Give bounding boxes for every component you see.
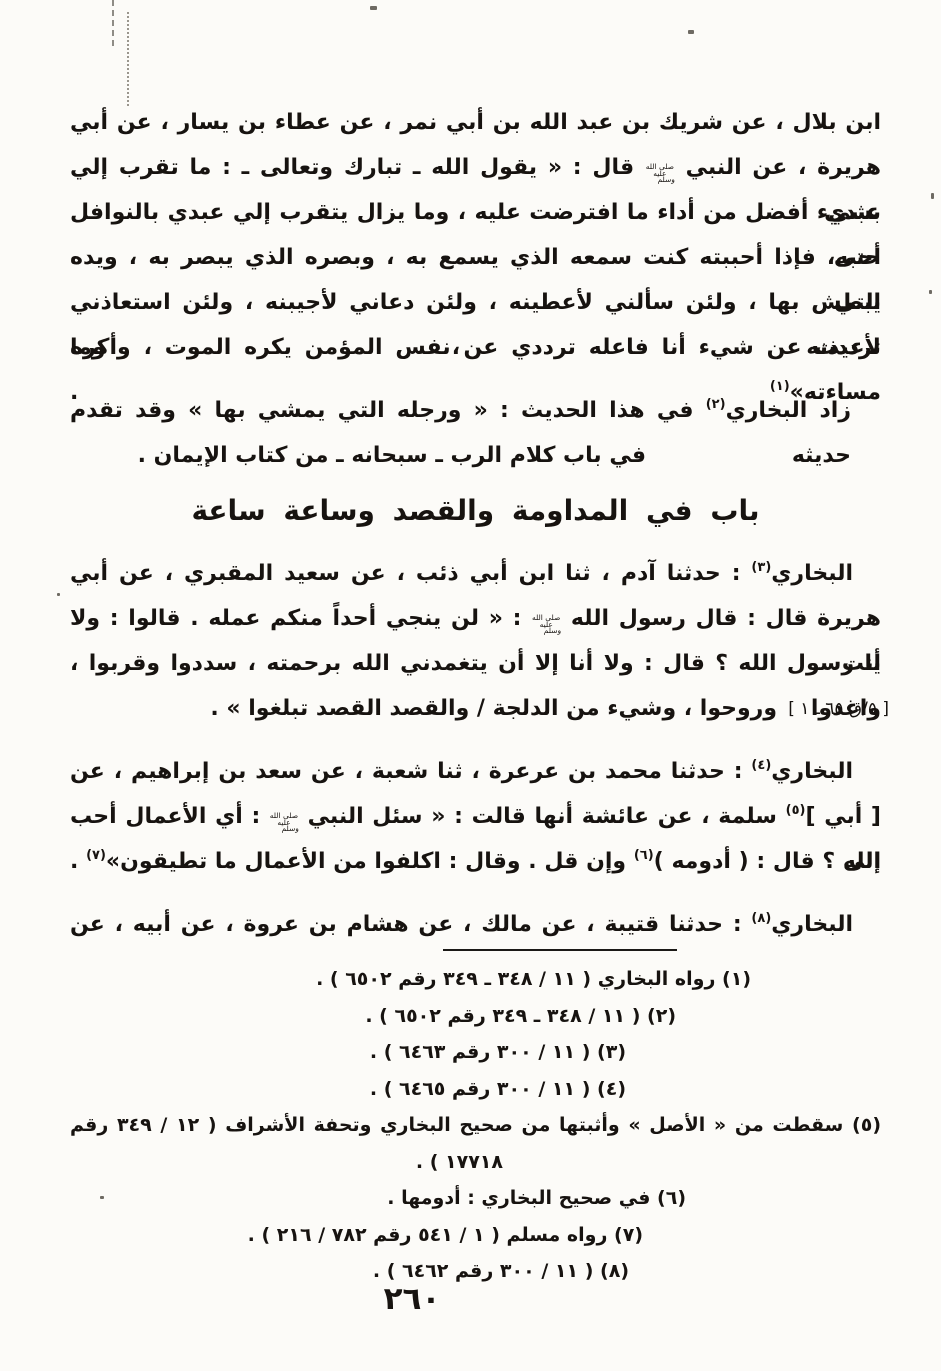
footnote-line: (٧) رواه مسلم ( ١ / ٥٤١ رقم ٧٨٢ / ٢١٦ ) …: [70, 1217, 881, 1254]
text-line: البخاري(٤) : حدثنا محمد بن عرعرة ، ثنا ش…: [70, 749, 881, 794]
prophet-honorific-stamp: صلى الله عليه وسلم: [531, 615, 561, 635]
text-line: بشيء أفضل من أداء ما افترضت عليه ، وما ي…: [70, 190, 881, 235]
footnote-ref: (٢): [706, 397, 726, 412]
text-line: في باب كلام الرب ـ سبحانه ـ من كتاب الإي…: [70, 433, 881, 478]
text-line: وروحوا ، وشيء من الدلجة / والقصد القصد ت…: [70, 686, 881, 731]
chapter-heading: باب في المداومة والقصد وساعة ساعة: [70, 488, 881, 533]
hadith-paragraph: ابن بلال ، عن شريك بن عبد الله بن أبي نم…: [70, 100, 881, 370]
footnote-separator: [443, 949, 677, 951]
scan-artifact: [57, 593, 60, 596]
scan-artifact: [112, 0, 114, 46]
scan-artifact: [929, 290, 932, 294]
footnote-line: (٥) سقطت من « الأصل » وأثبتها من صحيح ال…: [70, 1107, 881, 1144]
footnote-ref: (٣): [751, 560, 771, 575]
scan-artifact: [931, 193, 934, 199]
footnote-line: (٤) ( ١١ / ٣٠٠ رقم ٦٤٦٥ ) .: [70, 1071, 881, 1108]
footnote-ref: (٦): [634, 848, 654, 863]
text-line: ترددت عن شيء أنا فاعله ترددي عن نفس المؤ…: [70, 325, 881, 370]
footnote-ref: (٧): [86, 848, 106, 863]
page-number: ٢٦٠: [372, 1281, 452, 1317]
footnote-ref: (٨): [751, 911, 771, 926]
footnote-line: (١) رواه البخاري ( ١١ / ٣٤٨ ـ ٣٤٩ رقم ٦٥…: [70, 961, 881, 998]
hadith-paragraph: البخاري(٣) : حدثنا آدم ، ثنا ابن أبي ذئب…: [70, 551, 881, 731]
text-line: ابن بلال ، عن شريك بن عبد الله بن أبي نم…: [70, 100, 881, 145]
scan-artifact: [127, 12, 129, 106]
text-line: البخاري(٨) : حدثنا قتيبة ، عن مالك ، عن …: [70, 902, 881, 947]
text-line: زاد البخاري(٢) في هذا الحديث : « ورجله ا…: [70, 388, 881, 433]
footnote-line: (٦) في صحيح البخاري : أدومها .: [70, 1180, 881, 1217]
footnote-line: ١٧٧١٨ ) .: [70, 1144, 881, 1181]
footnotes: (١) رواه البخاري ( ١١ / ٣٤٨ ـ ٣٤٩ رقم ٦٥…: [70, 961, 881, 1290]
hadith-paragraph: البخاري(٤) : حدثنا محمد بن عرعرة ، ثنا ش…: [70, 749, 881, 884]
scan-artifact: [370, 6, 377, 10]
text-line: أحبه، فإذا أحببته كنت سمعه الذي يسمع به …: [70, 235, 881, 280]
footnote-line: (٢) ( ١١ / ٣٤٨ ـ ٣٤٩ رقم ٦٥٠٢ ) .: [70, 998, 881, 1035]
text-line: هريرة قال : قال رسول الله صلى الله عليه …: [70, 596, 881, 641]
page-body: ابن بلال ، عن شريك بن عبد الله بن أبي نم…: [70, 100, 881, 1290]
footnote-ref: (٥): [786, 803, 806, 818]
hadith-text-column: ابن بلال ، عن شريك بن عبد الله بن أبي نم…: [70, 100, 881, 947]
folio-margin-note: [ ٥/ق ٦٥ ـ ١ ]: [788, 687, 889, 732]
hadith-paragraph: البخاري(٨) : حدثنا قتيبة ، عن مالك ، عن …: [70, 902, 881, 947]
footnote-ref: (٤): [751, 758, 771, 773]
text-line: [ أبي ](٥) سلمة ، عن عائشة أنها قالت : «…: [70, 794, 881, 839]
hadith-paragraph: زاد البخاري(٢) في هذا الحديث : « ورجله ا…: [70, 388, 881, 478]
text-line: هريرة ، عن النبي صلى الله عليه وسلم قال …: [70, 145, 881, 190]
prophet-honorific-stamp: صلى الله عليه وسلم: [269, 813, 299, 833]
text-line: يا رسول الله ؟ قال : ولا أنا إلا أن يتغم…: [70, 641, 881, 686]
text-line: الله ؟ قال : ( أدومه )(٦) وإن قل . وقال …: [70, 839, 881, 884]
book-page: ابن بلال ، عن شريك بن عبد الله بن أبي نم…: [0, 0, 941, 1371]
footnote-line: (٨) ( ١١ / ٣٠٠ رقم ٦٤٦٢ ) .: [70, 1253, 881, 1290]
footnote-line: (٣) ( ١١ / ٣٠٠ رقم ٦٤٦٣ ) .: [70, 1034, 881, 1071]
text-line: البخاري(٣) : حدثنا آدم ، ثنا ابن أبي ذئب…: [70, 551, 881, 596]
prophet-honorific-stamp: صلى الله عليه وسلم: [645, 164, 675, 184]
scan-artifact: [688, 30, 694, 34]
text-line: يبطش بها ، ولئن سألني لأعطينه ، ولئن دعا…: [70, 280, 881, 325]
